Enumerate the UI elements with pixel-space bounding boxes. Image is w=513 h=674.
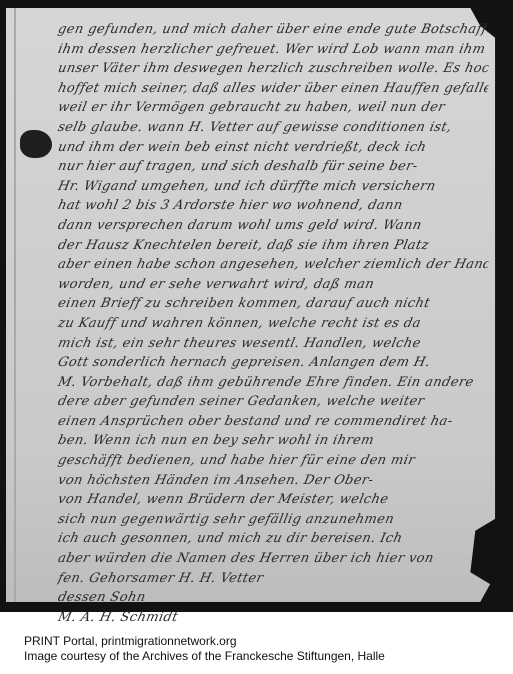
manuscript-line: unser Väter ihm deswegen herzlich zuschr… [56,59,490,79]
manuscript-line: geschäfft bedienen, und habe hier für ei… [56,451,490,471]
manuscript-line: Gott sonderlich hernach gepreisen. Anlan… [56,353,490,373]
manuscript-line: Hr. Wigand umgehen, und ich dürffte mich… [56,177,490,197]
paper-damage-hole [20,130,52,158]
manuscript-line: M. A. H. Schmidt [56,608,490,628]
manuscript-line: aber einen habe schon angesehen, welcher… [56,255,490,275]
manuscript-line: fen. Gehorsamer H. H. Vetter [56,569,490,589]
manuscript-line: mich ist, ein sehr theures wesentl. Hand… [56,334,490,354]
manuscript-line: dessen Sohn [56,588,490,608]
photo-frame: gen gefunden, und mich daher über eine e… [0,0,513,612]
manuscript-line: aber würden die Namen des Herren über ic… [56,549,490,569]
manuscript-line: und ihm der wein beb einst nicht verdrie… [56,138,490,158]
caption-credit: Image courtesy of the Archives of the Fr… [24,649,385,664]
manuscript-line: der Hausz Knechtelen bereit, daß sie ihm… [56,236,490,256]
manuscript-line: hat wohl 2 bis 3 Ardorste hier wo wohnen… [56,196,490,216]
handwritten-text: gen gefunden, und mich daher über eine e… [58,20,488,627]
manuscript-line: ich auch gesonnen, und mich zu dir berei… [56,529,490,549]
manuscript-line: ben. Wenn ich nun en bey sehr wohl in ih… [56,431,490,451]
manuscript-line: worden, und er sehe verwahrt wird, daß m… [56,275,490,295]
manuscript-line: dere aber gefunden seiner Gedanken, welc… [56,392,490,412]
manuscript-line: gen gefunden, und mich daher über eine e… [56,20,490,40]
manuscript-line: zu Kauff und wahren können, welche recht… [56,314,490,334]
manuscript-line: ihm dessen herzlicher gefreuet. Wer wird… [56,40,490,60]
manuscript-line: von Handel, wenn Brüdern der Meister, we… [56,490,490,510]
manuscript-line: sich nun gegenwärtig sehr gefällig anzun… [56,510,490,530]
page-fold-edge [14,8,16,602]
manuscript-line: hoffet mich seiner, daß alles wider über… [56,79,490,99]
manuscript-line: einen Brieff zu schreiben kommen, darauf… [56,294,490,314]
manuscript-line: von höchsten Händen im Ansehen. Der Ober… [56,471,490,491]
manuscript-line: dann versprechen darum wohl ums geld wir… [56,216,490,236]
manuscript-line: selb glaube. wann H. Vetter auf gewisse … [56,118,490,138]
manuscript-line: einen Ansprüchen ober bestand und re com… [56,412,490,432]
manuscript-line: M. Vorbehalt, daß ihm gebührende Ehre fi… [56,373,490,393]
manuscript-line: weil er ihr Vermögen gebraucht zu haben,… [56,98,490,118]
manuscript-line: nur hier auf tragen, und sich deshalb fü… [56,157,490,177]
image-caption: PRINT Portal, printmigrationnetwork.org … [24,634,385,664]
caption-source: PRINT Portal, printmigrationnetwork.org [24,634,385,649]
